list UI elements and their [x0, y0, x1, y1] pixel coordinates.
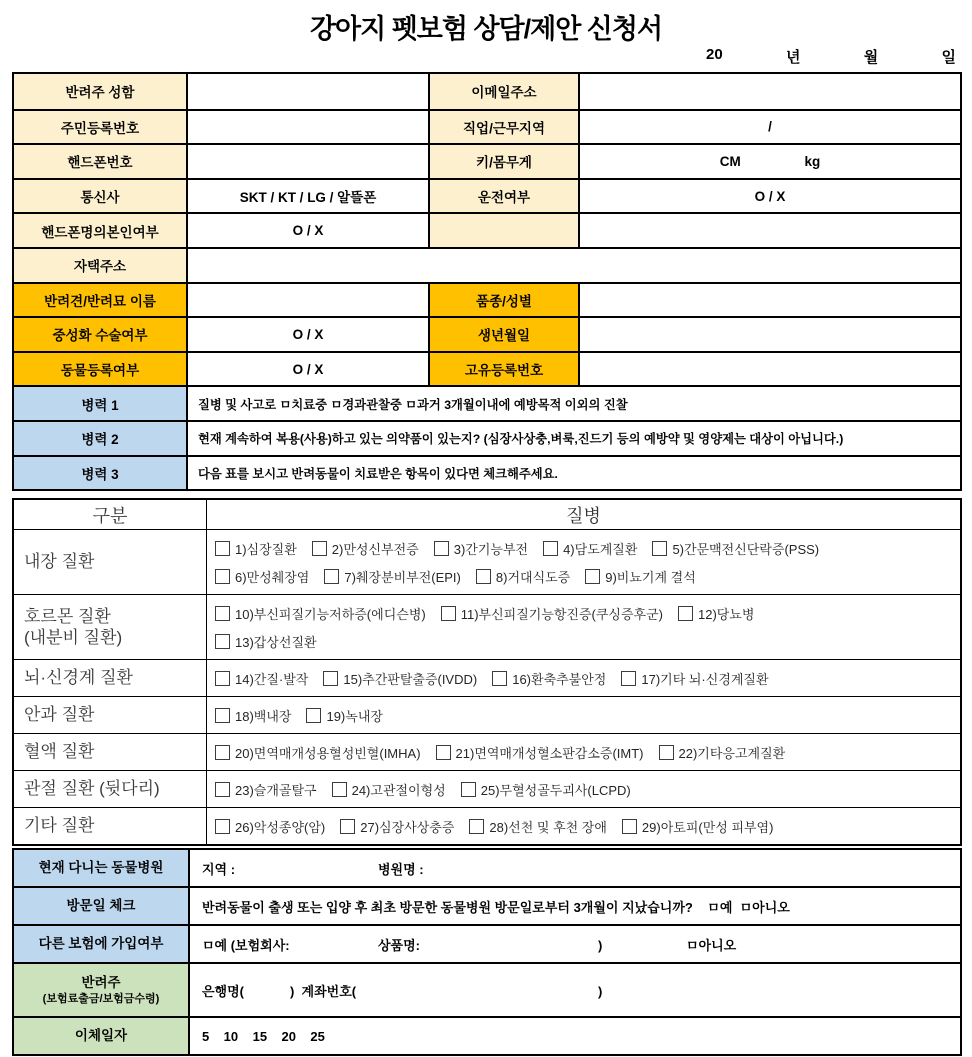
field-label-neutered: 중성화 수술여부 [14, 316, 186, 351]
disease-checkbox-item[interactable]: 1)심장질환 [215, 539, 297, 558]
field-label-birthdate: 생년월일 [428, 316, 578, 351]
field-value-home-address[interactable] [186, 247, 960, 282]
form-title: 강아지 펫보험 상담/제안 신청서 [0, 0, 972, 46]
owner-bank-sublabel: (보험료출금/보험금수령) [43, 992, 160, 1006]
field-value-email[interactable] [578, 74, 960, 109]
disease-checkbox-item[interactable]: 28)선천 및 후천 장애 [469, 817, 607, 836]
field-label-animal-registered: 동물등록여부 [14, 351, 186, 386]
disease-category-label: 관절 질환 (뒷다리) [14, 771, 207, 807]
disease-rows: 내장 질환1)심장질환2)만성신부전증3)간기능부전4)담도계질환5)간문맥전신… [14, 529, 960, 844]
field-label-height-weight: 키/몸무게 [428, 143, 578, 178]
field-value-history-3[interactable]: 다음 표를 보시고 반려동물이 치료받은 항목이 있다면 체크해주세요. [186, 455, 960, 490]
checkbox-icon[interactable] [215, 606, 230, 621]
disease-label: 12)당뇨병 [698, 604, 754, 623]
owner-row: 자택주소 [14, 247, 960, 282]
disease-row: 혈액 질환20)면역매개성용혈성빈혈(IMHA)21)면역매개성혈소판감소증(I… [14, 733, 960, 770]
field-value-phone[interactable] [186, 143, 428, 178]
field-label-carrier: 통신사 [14, 178, 186, 213]
hospital-row: 현재 다니는 동물병원 지역 : 병원명 : [14, 850, 960, 886]
field-label-history-3: 병력 3 [14, 455, 186, 490]
owner-row: 통신사 SKT / KT / LG / 알뜰폰 운전여부 O / X [14, 178, 960, 213]
disease-label: 22)기타응고계질환 [679, 743, 786, 762]
owner-row: 병력 1 질병 및 사고로 ㅁ치료중 ㅁ경과관찰중 ㅁ과거 3개월이내에 예방목… [14, 385, 960, 420]
disease-category-label: 혈액 질환 [14, 734, 207, 770]
disease-category-label: 기타 질환 [14, 808, 207, 844]
field-value-transfer-date[interactable]: 5 10 15 20 25 [190, 1018, 960, 1054]
checkbox-icon[interactable] [652, 541, 667, 556]
disease-label: 9)비뇨기계 결석 [605, 567, 696, 586]
field-label-empty [428, 212, 578, 247]
disease-category-label: 안과 질환 [14, 697, 207, 733]
field-value-carrier[interactable]: SKT / KT / LG / 알뜰폰 [186, 178, 428, 213]
disease-label: 17)기타 뇌·신경계질환 [641, 669, 768, 688]
disease-label: 11)부신피질기능항진증(쿠싱증후군) [461, 604, 663, 623]
disease-checkbox-item[interactable]: 29)아토피(만성 피부염) [622, 817, 774, 836]
disease-checkbox-group: 26)악성종양(암)27)심장사상충증28)선천 및 후천 장애29)아토피(만… [207, 808, 960, 844]
checkbox-icon[interactable] [434, 541, 449, 556]
disease-label: 1)심장질환 [235, 539, 297, 558]
disease-label: 2)만성신부전증 [332, 539, 419, 558]
owner-account-label: 반려주 [81, 974, 120, 992]
disease-checkbox-group: 20)면역매개성용혈성빈혈(IMHA)21)면역매개성혈소판감소증(IMT)22… [207, 734, 960, 770]
disease-label: 23)슬개골탈구 [235, 780, 317, 799]
disease-checkbox-group: 10)부신피질기능저하증(에디슨병)11)부신피질기능항진증(쿠싱증후군)12)… [207, 595, 960, 659]
disease-checkbox-item[interactable]: 23)슬개골탈구 [215, 780, 317, 799]
field-label-visit-date-check: 방문일 체크 [14, 888, 190, 924]
pet-insurance-form: 강아지 펫보험 상담/제안 신청서 20 년 월 일 반려주 성함 이메일주소 … [0, 0, 972, 1057]
field-label-phone-ownership: 핸드폰명의본인여부 [14, 212, 186, 247]
checkbox-icon[interactable] [215, 569, 230, 584]
disease-label: 14)간질·발작 [235, 669, 308, 688]
disease-label: 15)추간판탈출증(IVDD) [343, 669, 477, 688]
disease-row: 내장 질환1)심장질환2)만성신부전증3)간기능부전4)담도계질환5)간문맥전신… [14, 529, 960, 594]
checkbox-icon[interactable] [340, 819, 355, 834]
checkbox-icon[interactable] [215, 782, 230, 797]
checkbox-icon[interactable] [621, 671, 636, 686]
disease-checkbox-item[interactable]: 14)간질·발작 [215, 669, 308, 688]
checkbox-icon[interactable] [678, 606, 693, 621]
field-label-phone: 핸드폰번호 [14, 143, 186, 178]
hospital-info-table: 현재 다니는 동물병원 지역 : 병원명 : 방문일 체크 반려동물이 출생 또… [12, 848, 962, 1056]
field-label-job-region: 직업/근무지역 [428, 109, 578, 144]
field-value-breed-sex[interactable] [578, 282, 960, 317]
disease-checkbox-line: 26)악성종양(암)27)심장사상충증28)선천 및 후천 장애29)아토피(만… [215, 812, 952, 840]
disease-checkbox-item[interactable]: 27)심장사상충증 [340, 817, 454, 836]
disease-row: 뇌·신경계 질환14)간질·발작15)추간판탈출증(IVDD)16)환축추불안정… [14, 659, 960, 696]
checkbox-icon[interactable] [215, 634, 230, 649]
disease-checkbox-item[interactable]: 3)간기능부전 [434, 539, 528, 558]
disease-checkbox-line: 10)부신피질기능저하증(에디슨병)11)부신피질기능항진증(쿠싱증후군)12)… [215, 599, 952, 627]
disease-checkbox-item[interactable]: 25)무혈성골두괴사(LCPD) [461, 780, 631, 799]
disease-checkbox-item[interactable]: 21)면역매개성혈소판감소증(IMT) [436, 743, 644, 762]
date-day-label: 일 [941, 46, 956, 67]
disease-checkbox-line: 18)백내장19)녹내장 [215, 701, 952, 729]
disease-checkbox-item[interactable]: 11)부신피질기능항진증(쿠싱증후군) [441, 604, 663, 623]
disease-checkbox-item[interactable]: 2)만성신부전증 [312, 539, 419, 558]
disease-checkbox-item[interactable]: 12)당뇨병 [678, 604, 754, 623]
disease-checkbox-group: 18)백내장19)녹내장 [207, 697, 960, 733]
disease-label: 8)거대식도증 [496, 567, 570, 586]
checkbox-icon[interactable] [622, 819, 637, 834]
disease-row: 안과 질환18)백내장19)녹내장 [14, 696, 960, 733]
field-value-resident-id[interactable] [186, 109, 428, 144]
disease-label: 19)녹내장 [326, 706, 382, 725]
checkbox-icon[interactable] [215, 541, 230, 556]
owner-row: 핸드폰명의본인여부 O / X [14, 212, 960, 247]
disease-checkbox-item[interactable]: 9)비뇨기계 결석 [585, 567, 696, 586]
field-value-other-insurance[interactable]: ㅁ예 (보험회사: 상품명: ) ㅁ아니오 [190, 926, 960, 962]
checkbox-icon[interactable] [215, 819, 230, 834]
disease-checkbox-item[interactable]: 17)기타 뇌·신경계질환 [621, 669, 768, 688]
disease-checkbox-item[interactable]: 18)백내장 [215, 706, 291, 725]
owner-row: 주민등록번호 직업/근무지역 / [14, 109, 960, 144]
field-label-other-insurance: 다른 보험에 가입여부 [14, 926, 190, 962]
field-label-current-hospital: 현재 다니는 동물병원 [14, 850, 190, 886]
disease-checkbox-item[interactable]: 7)췌장분비부전(EPI) [324, 567, 461, 586]
disease-checkbox-item[interactable]: 6)만성췌장염 [215, 567, 309, 586]
checkbox-icon[interactable] [469, 819, 484, 834]
disease-checkbox-item[interactable]: 24)고관절이형성 [332, 780, 446, 799]
field-value-height-weight[interactable]: CM kg [578, 143, 960, 178]
disease-category-label: 호르몬 질환 (내분비 질환) [14, 595, 207, 659]
disease-checkbox-item[interactable]: 15)추간판탈출증(IVDD) [323, 669, 477, 688]
field-value-animal-registered[interactable]: O / X [186, 351, 428, 386]
disease-label: 13)갑상선질환 [235, 632, 317, 651]
disease-label: 28)선천 및 후천 장애 [489, 817, 607, 836]
field-value-birthdate[interactable] [578, 316, 960, 351]
disease-label: 7)췌장분비부전(EPI) [344, 567, 461, 586]
disease-checkbox-item[interactable]: 19)녹내장 [306, 706, 382, 725]
date-month-label: 월 [864, 46, 879, 67]
field-value-neutered[interactable]: O / X [186, 316, 428, 351]
date-line: 20 년 월 일 [706, 46, 956, 67]
disease-checkbox-group: 1)심장질환2)만성신부전증3)간기능부전4)담도계질환5)간문맥전신단락증(P… [207, 530, 960, 594]
checkbox-icon[interactable] [441, 606, 456, 621]
field-value-registration-number[interactable] [578, 351, 960, 386]
disease-label: 10)부신피질기능저하증(에디슨병) [235, 604, 426, 623]
disease-header-disease: 질병 [207, 500, 960, 529]
field-label-breed-sex: 품종/성별 [428, 282, 578, 317]
checkbox-icon[interactable] [461, 782, 476, 797]
disease-checkbox-line: 6)만성췌장염7)췌장분비부전(EPI)8)거대식도증9)비뇨기계 결석 [215, 562, 952, 590]
disease-checkbox-line: 13)갑상선질환 [215, 627, 952, 655]
checkbox-icon[interactable] [585, 569, 600, 584]
field-label-owner-name: 반려주 성함 [14, 74, 186, 109]
field-value-phone-ownership[interactable]: O / X [186, 212, 428, 247]
field-value-driving[interactable]: O / X [578, 178, 960, 213]
checkbox-icon[interactable] [332, 782, 347, 797]
checkbox-icon[interactable] [492, 671, 507, 686]
disease-checkbox-line: 1)심장질환2)만성신부전증3)간기능부전4)담도계질환5)간문맥전신단락증(P… [215, 534, 952, 562]
field-label-home-address: 자택주소 [14, 247, 186, 282]
hospital-row: 반려주 (보험료출금/보험금수령) 은행명( ) 계좌번호( ) [14, 962, 960, 1016]
checkbox-icon[interactable] [215, 671, 230, 686]
disease-checkbox-item[interactable]: 16)환축추불안정 [492, 669, 606, 688]
checkbox-icon[interactable] [323, 671, 338, 686]
field-value-empty[interactable] [578, 212, 960, 247]
disease-label: 25)무혈성골두괴사(LCPD) [481, 780, 631, 799]
field-value-history-2[interactable]: 현재 계속하여 복용(사용)하고 있는 의약품이 있는지? (심장사상충,벼룩,… [186, 420, 960, 455]
field-label-history-2: 병력 2 [14, 420, 186, 455]
field-value-owner-name[interactable] [186, 74, 428, 109]
disease-checkbox-item[interactable]: 22)기타응고계질환 [659, 743, 786, 762]
owner-row: 병력 3 다음 표를 보시고 반려동물이 치료받은 항목이 있다면 체크해주세요… [14, 455, 960, 490]
disease-label: 16)환축추불안정 [512, 669, 606, 688]
disease-category-label: 뇌·신경계 질환 [14, 660, 207, 696]
field-value-pet-name[interactable] [186, 282, 428, 317]
disease-checkbox-item[interactable]: 8)거대식도증 [476, 567, 570, 586]
owner-row: 핸드폰번호 키/몸무게 CM kg [14, 143, 960, 178]
disease-label: 4)담도계질환 [563, 539, 637, 558]
hospital-row: 방문일 체크 반려동물이 출생 또는 입양 후 최초 방문한 동물병원 방문일로… [14, 886, 960, 924]
owner-row: 중성화 수술여부 O / X 생년월일 [14, 316, 960, 351]
checkbox-icon[interactable] [312, 541, 327, 556]
field-value-job-region[interactable]: / [578, 109, 960, 144]
hospital-row: 다른 보험에 가입여부 ㅁ예 (보험회사: 상품명: ) ㅁ아니오 [14, 924, 960, 962]
field-value-history-1[interactable]: 질병 및 사고로 ㅁ치료중 ㅁ경과관찰중 ㅁ과거 3개월이내에 예방목적 이외의… [186, 385, 960, 420]
checkbox-icon[interactable] [543, 541, 558, 556]
checkbox-icon[interactable] [436, 745, 451, 760]
field-label-history-1: 병력 1 [14, 385, 186, 420]
field-label-registration-number: 고유등록번호 [428, 351, 578, 386]
checkbox-icon[interactable] [215, 708, 230, 723]
field-label-transfer-date: 이체일자 [14, 1018, 190, 1054]
owner-info-table: 반려주 성함 이메일주소 주민등록번호 직업/근무지역 / 핸드폰번호 키/몸무… [12, 72, 962, 491]
disease-category-label: 내장 질환 [14, 530, 207, 594]
disease-label: 6)만성췌장염 [235, 567, 309, 586]
disease-row: 호르몬 질환 (내분비 질환)10)부신피질기능저하증(에디슨병)11)부신피질… [14, 594, 960, 659]
disease-checkbox-group: 23)슬개골탈구24)고관절이형성25)무혈성골두괴사(LCPD) [207, 771, 960, 807]
disease-label: 26)악성종양(암) [235, 817, 325, 836]
checkbox-icon[interactable] [215, 745, 230, 760]
disease-checkbox-item[interactable]: 4)담도계질환 [543, 539, 637, 558]
field-label-resident-id: 주민등록번호 [14, 109, 186, 144]
disease-checkbox-item[interactable]: 26)악성종양(암) [215, 817, 325, 836]
checkbox-icon[interactable] [306, 708, 321, 723]
field-label-driving: 운전여부 [428, 178, 578, 213]
disease-label: 29)아토피(만성 피부염) [642, 817, 774, 836]
disease-row: 기타 질환26)악성종양(암)27)심장사상충증28)선천 및 후천 장애29)… [14, 807, 960, 844]
field-label-pet-name: 반려견/반려묘 이름 [14, 282, 186, 317]
disease-checkbox-item[interactable]: 13)갑상선질환 [215, 632, 317, 651]
disease-label: 20)면역매개성용혈성빈혈(IMHA) [235, 743, 421, 762]
date-year-prefix: 20 [706, 46, 723, 67]
date-year-label: 년 [786, 46, 801, 67]
disease-checkbox-line: 20)면역매개성용혈성빈혈(IMHA)21)면역매개성혈소판감소증(IMT)22… [215, 738, 952, 766]
disease-header-category: 구분 [14, 500, 207, 529]
checkbox-icon[interactable] [659, 745, 674, 760]
owner-row: 병력 2 현재 계속하여 복용(사용)하고 있는 의약품이 있는지? (심장사상… [14, 420, 960, 455]
disease-checkbox-item[interactable]: 20)면역매개성용혈성빈혈(IMHA) [215, 743, 421, 762]
checkbox-icon[interactable] [476, 569, 491, 584]
disease-label: 24)고관절이형성 [352, 780, 446, 799]
disease-label: 21)면역매개성혈소판감소증(IMT) [456, 743, 644, 762]
field-value-owner-account[interactable]: 은행명( ) 계좌번호( ) [190, 964, 960, 1016]
disease-label: 27)심장사상충증 [360, 817, 454, 836]
owner-row: 동물등록여부 O / X 고유등록번호 [14, 351, 960, 386]
disease-checkbox-line: 23)슬개골탈구24)고관절이형성25)무혈성골두괴사(LCPD) [215, 775, 952, 803]
disease-check-table: 구분 질병 내장 질환1)심장질환2)만성신부전증3)간기능부전4)담도계질환5… [12, 498, 962, 846]
field-label-email: 이메일주소 [428, 74, 578, 109]
field-label-owner-account: 반려주 (보험료출금/보험금수령) [14, 964, 190, 1016]
checkbox-icon[interactable] [324, 569, 339, 584]
disease-label: 5)간문맥전신단락증(PSS) [672, 539, 819, 558]
hospital-row: 이체일자 5 10 15 20 25 [14, 1016, 960, 1054]
owner-row: 반려견/반려묘 이름 품종/성별 [14, 282, 960, 317]
owner-row: 반려주 성함 이메일주소 [14, 74, 960, 109]
field-value-current-hospital[interactable]: 지역 : 병원명 : [190, 850, 960, 886]
disease-label: 18)백내장 [235, 706, 291, 725]
disease-label: 3)간기능부전 [454, 539, 528, 558]
disease-row: 관절 질환 (뒷다리)23)슬개골탈구24)고관절이형성25)무혈성골두괴사(L… [14, 770, 960, 807]
field-value-visit-date-check[interactable]: 반려동물이 출생 또는 입양 후 최초 방문한 동물병원 방문일로부터 3개월이… [190, 888, 960, 924]
disease-checkbox-group: 14)간질·발작15)추간판탈출증(IVDD)16)환축추불안정17)기타 뇌·… [207, 660, 960, 696]
disease-checkbox-line: 14)간질·발작15)추간판탈출증(IVDD)16)환축추불안정17)기타 뇌·… [215, 664, 952, 692]
disease-checkbox-item[interactable]: 10)부신피질기능저하증(에디슨병) [215, 604, 426, 623]
disease-checkbox-item[interactable]: 5)간문맥전신단락증(PSS) [652, 539, 819, 558]
disease-table-header: 구분 질병 [14, 500, 960, 529]
